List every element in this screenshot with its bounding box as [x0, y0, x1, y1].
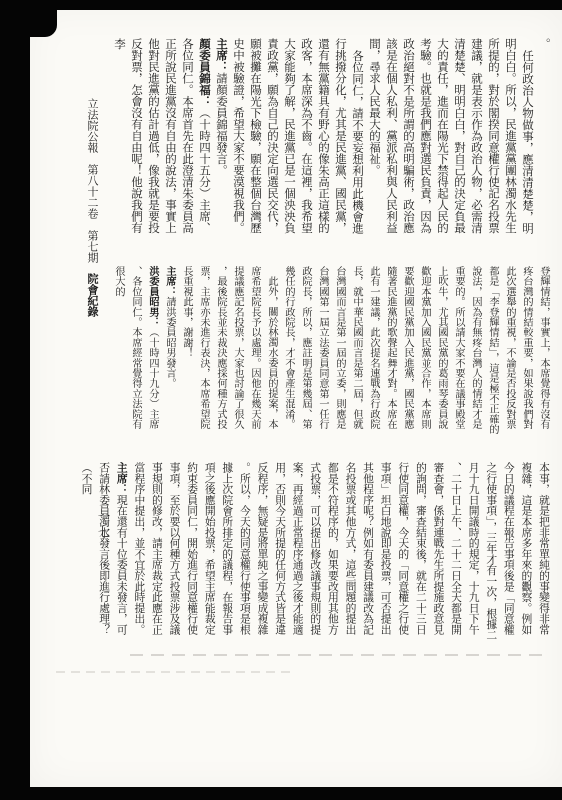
scan-smudge-line	[56, 671, 291, 673]
gazette-header: 立法院公報 第八十二卷 第七期院會紀錄	[84, 98, 100, 317]
paragraph: 各位同仁，請不要妄想利用此機會進行挑撥分化，尤其是民進黨、國民黨，還有無黨籍具有…	[229, 38, 365, 236]
speech-text: 各位同仁，請不要妄想利用此機會進行挑撥分化，尤其是民進黨、國民黨，還有無黨籍具有…	[232, 38, 363, 234]
speech-text: （十時四十五分）主席、各位同仁。本席首先在此澄清朱委員高正所說民進黨沒有自由的說…	[113, 38, 210, 234]
paragraph-continuation: 登輝情結，事實上，本席覺得有沒有疼台灣的情結較重要，如果說我們對此次選舉的重視，…	[280, 266, 552, 438]
paragraph: 此外，關於林濁水委員的提案，本席希望院長予以處理。因他在幾天前提議應記名投票，大…	[178, 266, 280, 438]
paragraph-chair: 主席：請顏委員錦福發言。	[212, 38, 229, 236]
speaker-name: 顏委員錦福：	[198, 38, 210, 107]
page-paper: 立法院公報 第八十二卷 第七期院會紀錄 一七 。 任何政治人物做事，應清清楚楚，…	[30, 10, 562, 787]
speaker-name: 主席：	[116, 462, 128, 494]
paragraph-continuation: 本事，就是把非常單純的事變得非常複雜，這是本席多年來的觀察。例如今日的議程在報告…	[130, 462, 552, 645]
text-block-upper: 。 任何政治人物做事，應清清楚楚，明明白白。所以，民進黨黨團林濁水先生所提的，對…	[116, 38, 552, 236]
paragraph: 任何政治人物做事，應清清楚楚，明明白白。所以，民進黨黨團林濁水先生所提的，對於閣…	[365, 38, 535, 236]
speech-text: 任何政治人物做事，應清清楚楚，明明白白。所以，民進黨黨團林濁水先生所提的，對於閣…	[368, 38, 533, 234]
speech-text: 。	[538, 38, 550, 50]
speech-text: 請顏委員錦福發言。	[215, 73, 227, 177]
text-block-lower: 本事，就是把非常單純的事變得非常複雜，這是本席多年來的觀察。例如今日的議程在報告…	[104, 462, 552, 645]
scan-smudge-line	[130, 654, 546, 656]
speech-text: 請洪委員昭男發言。	[164, 297, 175, 389]
paragraph-speaker-yen: 顏委員錦福：（十時四十五分）主席、各位同仁。本席首先在此澄清朱委員高正所說民進黨…	[110, 38, 212, 236]
paragraph-chair: 主席：請洪委員昭男發言。	[161, 266, 178, 438]
paragraph-continuation: 。	[535, 38, 552, 236]
scanned-gazette-page: 立法院公報 第八十二卷 第七期院會紀錄 一七 。 任何政治人物做事，應清清楚楚，…	[0, 0, 562, 800]
text-block-middle: 登輝情結，事實上，本席覺得有沒有疼台灣的情結較重要，如果說我們對此次選舉的重視，…	[116, 266, 552, 438]
scan-corner-artifact	[0, 0, 57, 37]
speech-text: 此外，關於林濁水委員的提案，本席希望院長予以處理。因他在幾天前提議應記名投票，大…	[181, 266, 277, 429]
paragraph-chair: 主席：現在還有十位委員未發言，可否請林委員濁水發言後即進行處理？（不同	[77, 462, 130, 645]
speaker-name: 洪委員昭男：	[147, 266, 158, 327]
speaker-name: 主席：	[215, 38, 227, 73]
speaker-name: 主席：	[164, 266, 175, 297]
paragraph-speaker-hung: 洪委員昭男：（十時四十九分）主席、各位同仁。本席經常覺得立法院有很大的	[110, 266, 161, 438]
publication-title: 立法院公報 第八十二卷 第七期	[86, 98, 98, 263]
speech-text: 登輝情結，事實上，本席覺得有沒有疼台灣的情結較重要，如果說我們對此次選舉的重視，…	[283, 266, 549, 434]
section-label: 院會紀錄	[86, 273, 98, 317]
speech-text: 本事，就是把非常單純的事變得非常複雜，這是本席多年來的觀察。例如今日的議程在報告…	[133, 462, 550, 640]
